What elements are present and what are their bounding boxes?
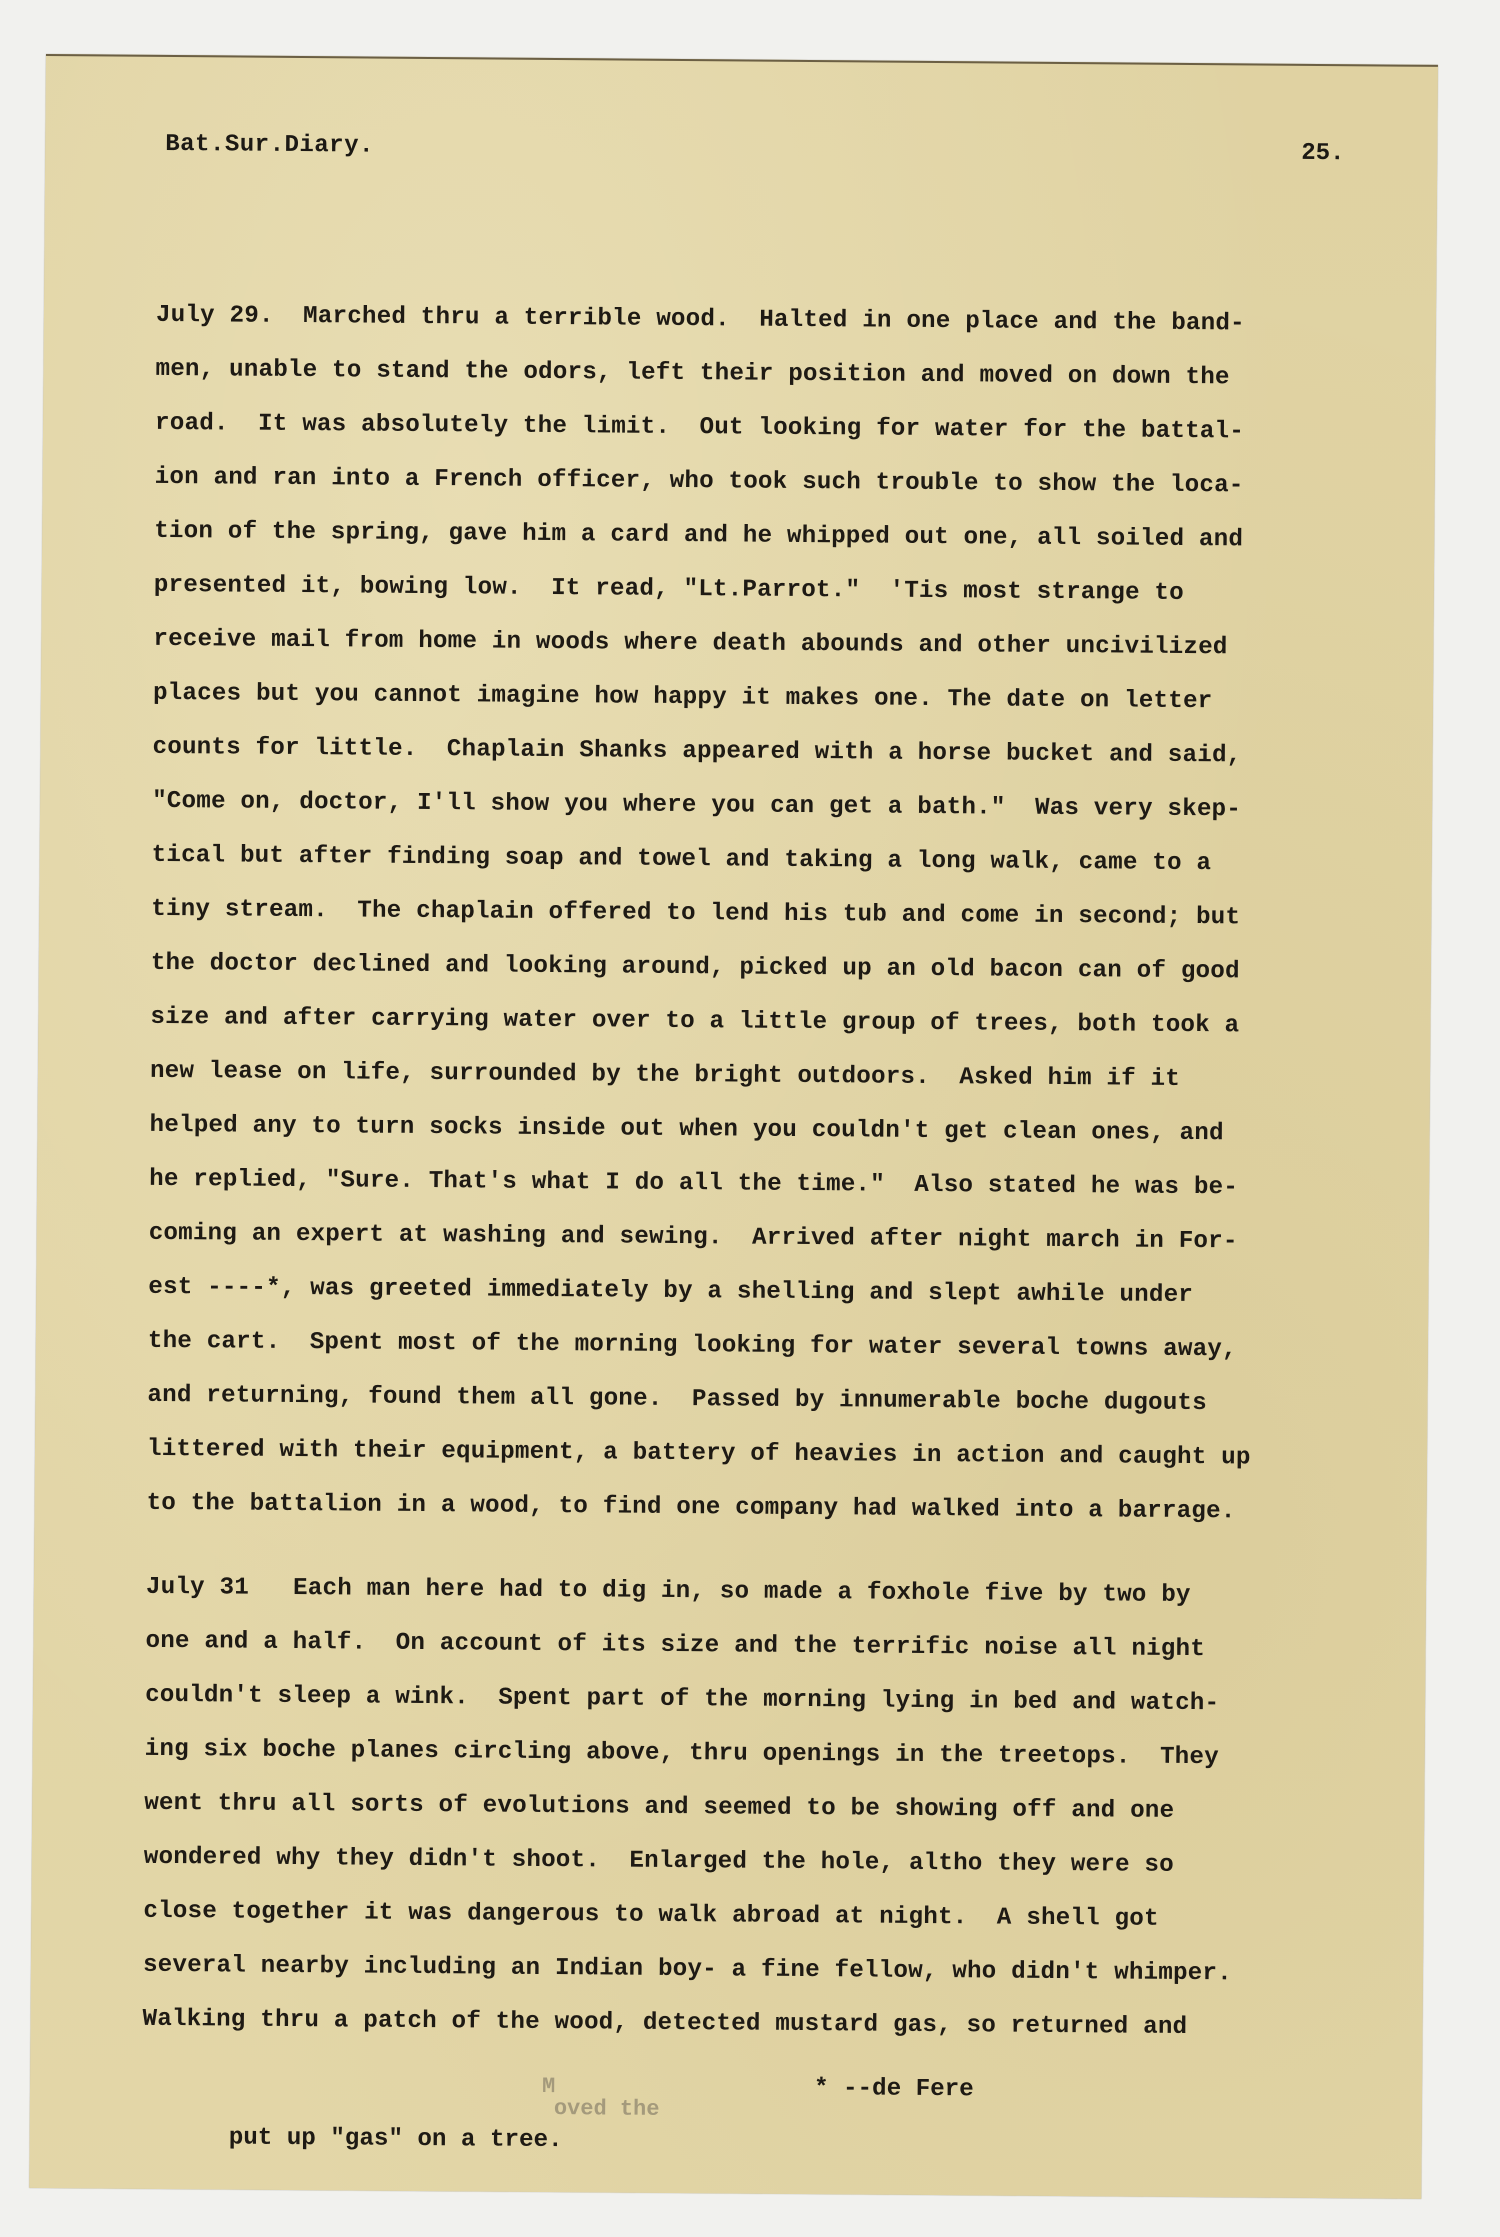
last-text-line: put up "gas" on a tree. bbox=[229, 2124, 563, 2154]
page-number: 25. bbox=[1301, 140, 1344, 167]
text-line: the cart. Spent most of the morning look… bbox=[148, 1315, 1388, 1379]
text-line: the doctor declined and looking around, … bbox=[151, 937, 1391, 1001]
text-line: ing six boche planes circling above, thr… bbox=[144, 1723, 1384, 1787]
text-line: new lease on life, surrounded by the bri… bbox=[150, 1045, 1390, 1109]
final-line: put up "gas" on a tree. M oved the * --d… bbox=[142, 2057, 1382, 2121]
text-line: and returning, found them all gone. Pass… bbox=[147, 1369, 1387, 1433]
text-line: helped any to turn socks inside out when… bbox=[149, 1099, 1389, 1163]
text-line: July 29. Marched thru a terrible wood. H… bbox=[156, 289, 1396, 353]
text-line: several nearby including an Indian boy- … bbox=[143, 1939, 1383, 2003]
text-line: wondered why they didn't shoot. Enlarged… bbox=[144, 1831, 1384, 1895]
faded-ghost-text: oved the bbox=[554, 2082, 660, 2137]
text-line: ion and ran into a French officer, who t… bbox=[154, 451, 1394, 515]
text-line: couldn't sleep a wink. Spent part of the… bbox=[145, 1669, 1385, 1733]
diary-entry-july-29: July 29. Marched thru a terrible wood. H… bbox=[146, 289, 1396, 1541]
text-line: to the battalion in a wood, to find one … bbox=[146, 1477, 1386, 1541]
text-line: counts for little. Chaplain Shanks appea… bbox=[152, 721, 1392, 785]
text-line: close together it was dangerous to walk … bbox=[143, 1885, 1383, 1949]
text-line: he replied, "Sure. That's what I do all … bbox=[149, 1153, 1389, 1217]
text-line: went thru all sorts of evolutions and se… bbox=[144, 1777, 1384, 1841]
document-header: Bat.Sur.Diary. bbox=[165, 131, 374, 160]
text-line: coming an expert at washing and sewing. … bbox=[149, 1207, 1389, 1271]
text-line: tion of the spring, gave him a card and … bbox=[154, 505, 1394, 569]
diary-body: July 29. Marched thru a terrible wood. H… bbox=[142, 289, 1396, 2121]
text-line: tiny stream. The chaplain offered to len… bbox=[151, 883, 1391, 947]
text-line: "Come on, doctor, I'll show you where yo… bbox=[152, 775, 1392, 839]
text-line: littered with their equipment, a battery… bbox=[147, 1423, 1387, 1487]
text-line: size and after carrying water over to a … bbox=[150, 991, 1390, 1055]
text-line: Walking thru a patch of the wood, detect… bbox=[142, 1993, 1382, 2057]
typewritten-page: Bat.Sur.Diary. 25. July 29. Marched thru… bbox=[29, 54, 1438, 2199]
text-line: men, unable to stand the odors, left the… bbox=[155, 343, 1395, 407]
text-line: receive mail from home in woods where de… bbox=[153, 613, 1393, 677]
text-line: road. It was absolutely the limit. Out l… bbox=[155, 397, 1395, 461]
text-line: July 31 Each man here had to dig in, so … bbox=[146, 1561, 1386, 1625]
text-line: places but you cannot imagine how happy … bbox=[153, 667, 1393, 731]
text-line: est ----*, was greeted immediately by a … bbox=[148, 1261, 1388, 1325]
text-line: one and a half. On account of its size a… bbox=[145, 1615, 1385, 1679]
text-line: presented it, bowing low. It read, "Lt.P… bbox=[154, 559, 1394, 623]
footnote: * --de Fere bbox=[814, 2062, 974, 2117]
diary-entry-july-31: July 31 Each man here had to dig in, so … bbox=[142, 1561, 1386, 2057]
text-line: tical but after finding soap and towel a… bbox=[151, 829, 1391, 893]
